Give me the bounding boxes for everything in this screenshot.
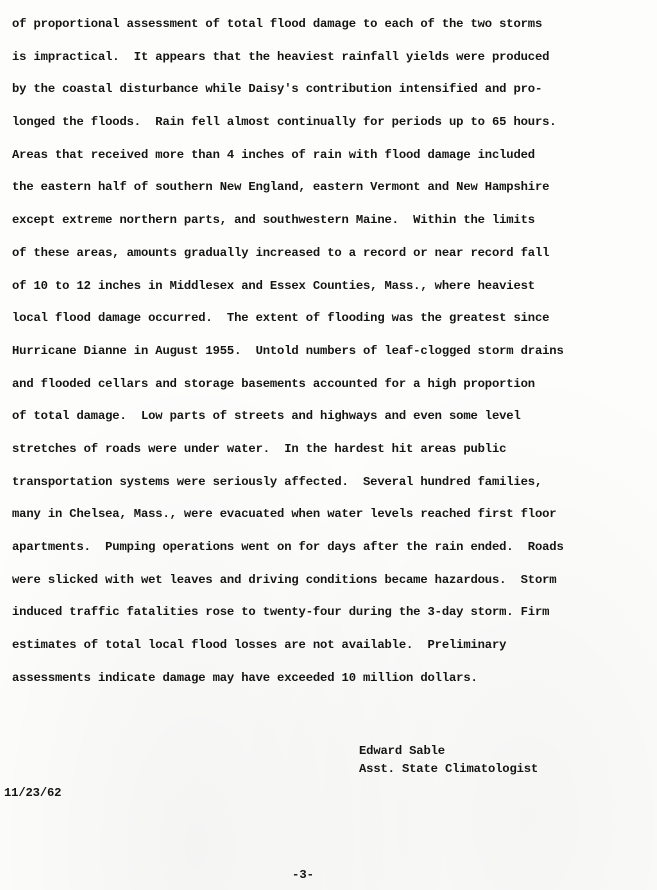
text-line: the eastern half of southern New England… [12,171,657,204]
signature-block: Edward Sable Asst. State Climatologist [359,742,538,778]
text-line: of 10 to 12 inches in Middlesex and Esse… [12,270,657,303]
text-line: of total damage. Low parts of streets an… [12,400,657,433]
text-line: Areas that received more than 4 inches o… [12,139,657,172]
text-line: by the coastal disturbance while Daisy's… [12,73,657,106]
text-line: transportation systems were seriously af… [12,466,657,499]
text-line: except extreme northern parts, and south… [12,204,657,237]
text-line: is impractical. It appears that the heav… [12,41,657,74]
body-paragraph: of proportional assessment of total floo… [12,8,657,694]
text-line: assessments indicate damage may have exc… [12,662,657,695]
text-line: and flooded cellars and storage basement… [12,368,657,401]
page-number: -3- [292,868,314,882]
text-line: stretches of roads were under water. In … [12,433,657,466]
document-page: of proportional assessment of total floo… [0,0,657,890]
signature-title: Asst. State Climatologist [359,760,538,778]
text-line: Hurricane Dianne in August 1955. Untold … [12,335,657,368]
signature-name: Edward Sable [359,742,538,760]
text-line: many in Chelsea, Mass., were evacuated w… [12,498,657,531]
text-line: estimates of total local flood losses ar… [12,629,657,662]
text-line: of proportional assessment of total floo… [12,8,657,41]
text-line: were slicked with wet leaves and driving… [12,564,657,597]
text-line: of these areas, amounts gradually increa… [12,237,657,270]
document-date: 11/23/62 [4,786,61,800]
text-line: induced traffic fatalities rose to twent… [12,596,657,629]
text-line: local flood damage occurred. The extent … [12,302,657,335]
text-line: longed the floods. Rain fell almost cont… [12,106,657,139]
text-line: apartments. Pumping operations went on f… [12,531,657,564]
